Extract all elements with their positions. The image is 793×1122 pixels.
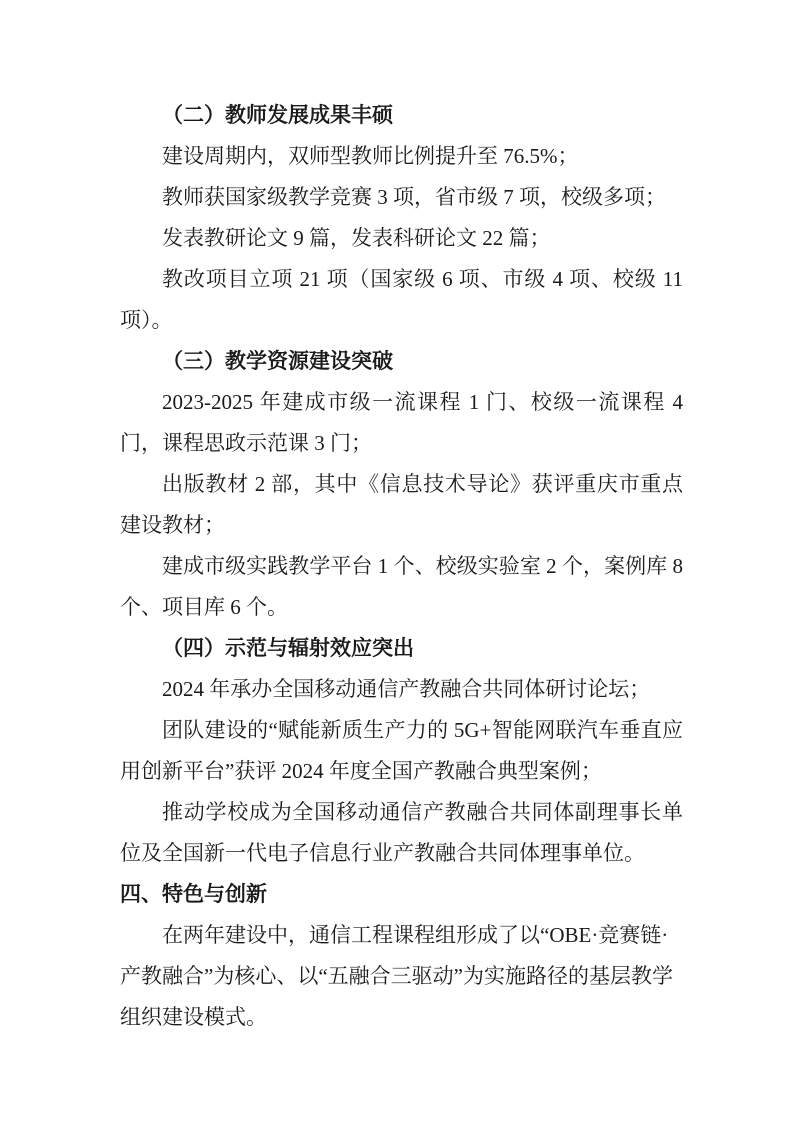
paragraph: 教师获国家级教学竞赛 3 项，省市级 7 项，校级多项； [120,177,683,218]
chapter-heading-features: 四、特色与创新 [120,874,683,915]
document-page: （二）教师发展成果丰硕 建设周期内，双师型教师比例提升至 76.5%； 教师获国… [0,0,793,1122]
paragraph: 2023-2025 年建成市级一流课程 1 门、校级一流课程 4 门，课程思政示… [120,382,683,464]
section-heading-4: （四）示范与辐射效应突出 [120,628,683,669]
paragraph: 团队建设的“赋能新质生产力的 5G+智能网联汽车垂直应用创新平台”获评 2024… [120,710,683,792]
section-heading-2: （二）教师发展成果丰硕 [120,95,683,136]
section-heading-3: （三）教学资源建设突破 [120,341,683,382]
paragraph: 建成市级实践教学平台 1 个、校级实验室 2 个，案例库 8 个、项目库 6 个… [120,546,683,628]
paragraph: 推动学校成为全国移动通信产教融合共同体副理事长单位及全国新一代电子信息行业产教融… [120,792,683,874]
paragraph: 2024 年承办全国移动通信产教融合共同体研讨论坛； [120,669,683,710]
paragraph: 出版教材 2 部，其中《信息技术导论》获评重庆市重点建设教材； [120,464,683,546]
paragraph: 建设周期内，双师型教师比例提升至 76.5%； [120,136,683,177]
paragraph: 在两年建设中，通信工程课程组形成了以“OBE·竞赛链·产教融合”为核心、以“五融… [120,915,683,1038]
paragraph: 发表教研论文 9 篇，发表科研论文 22 篇； [120,218,683,259]
paragraph: 教改项目立项 21 项（国家级 6 项、市级 4 项、校级 11 项）。 [120,259,683,341]
